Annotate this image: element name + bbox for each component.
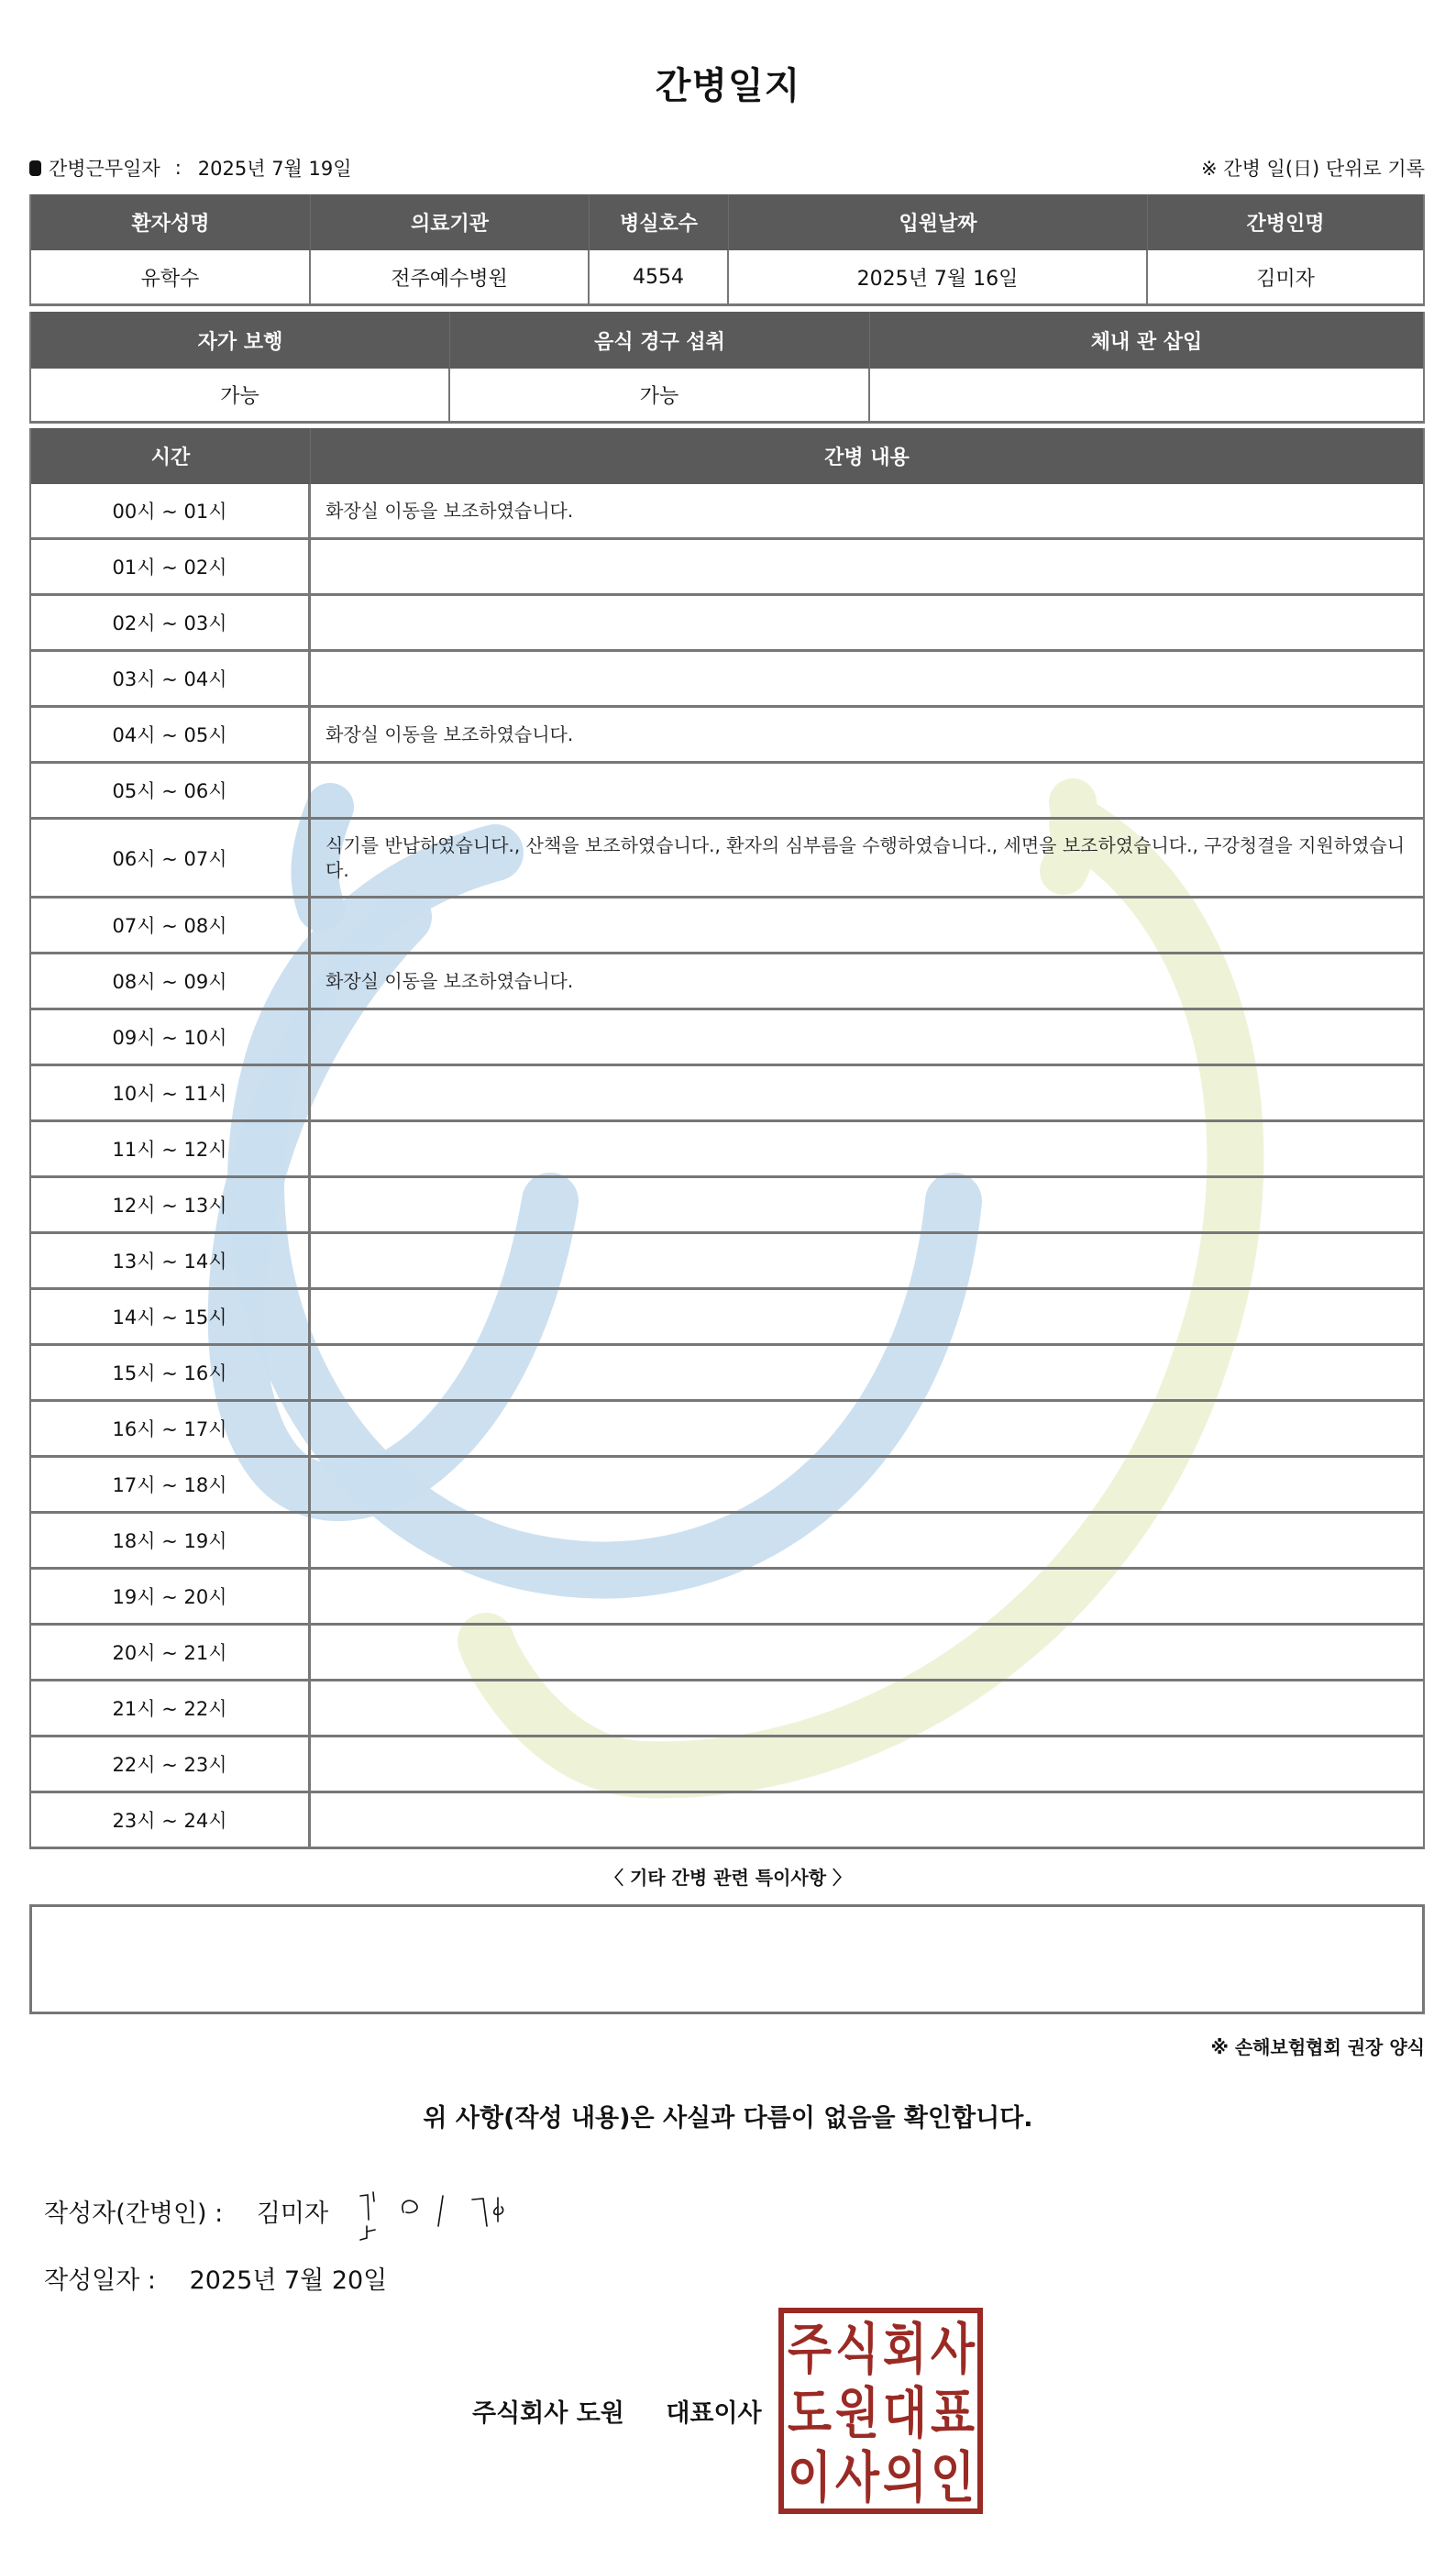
work-date-separator: : (175, 157, 182, 179)
header-tube-insertion: 체내 관 삽입 (870, 312, 1423, 369)
svg-text:식: 식 (835, 2318, 879, 2382)
time-slot: 12시 ~ 13시 (31, 1178, 311, 1231)
care-content (311, 1346, 1423, 1399)
time-slot: 02시 ~ 03시 (31, 596, 311, 649)
care-log-row: 17시 ~ 18시 (31, 1458, 1423, 1514)
svg-text:의: 의 (883, 2446, 927, 2510)
care-content (311, 899, 1423, 952)
patient-status-header: 자가 보행 음식 경구 섭취 체내 관 삽입 (31, 312, 1423, 369)
care-log-row: 15시 ~ 16시 (31, 1346, 1423, 1402)
patient-info-table: 환자성명 의료기관 병실호수 입원날짜 간병인명 유학수 전주예수병원 4554… (29, 194, 1425, 306)
svg-text:이: 이 (788, 2446, 832, 2510)
care-content (311, 1402, 1423, 1455)
page-title: 간병일지 (0, 57, 1456, 109)
care-log-row: 04시 ~ 05시화장실 이동을 보조하였습니다. (31, 708, 1423, 764)
care-log-header: 시간 간병 내용 (31, 428, 1423, 484)
handwritten-signature-icon (353, 2185, 527, 2249)
header-hospital: 의료기관 (311, 194, 590, 250)
time-slot: 09시 ~ 10시 (31, 1010, 311, 1064)
care-content: 화장실 이동을 보조하였습니다. (311, 954, 1423, 1008)
care-log-row: 11시 ~ 12시 (31, 1122, 1423, 1178)
care-log-row: 01시 ~ 02시 (31, 540, 1423, 596)
care-log-row: 18시 ~ 19시 (31, 1514, 1423, 1570)
svg-text:사: 사 (835, 2446, 880, 2510)
header-room: 병실호수 (590, 194, 729, 250)
care-log-row: 00시 ~ 01시화장실 이동을 보조하였습니다. (31, 484, 1423, 540)
care-log-row: 06시 ~ 07시식기를 반납하였습니다., 산책을 보조하였습니다., 환자의… (31, 820, 1423, 899)
patient-info-values: 유학수 전주예수병원 4554 2025년 7월 16일 김미자 (31, 250, 1423, 306)
writer-name: 김미자 (257, 2200, 328, 2228)
time-slot: 00시 ~ 01시 (31, 484, 311, 537)
care-content (311, 764, 1423, 817)
care-log-row: 19시 ~ 20시 (31, 1570, 1423, 1626)
writer-line: 작성자(간병인) : 김미자 (44, 2193, 328, 2229)
ceo-title: 대표이사 (666, 2399, 761, 2428)
care-log-row: 22시 ~ 23시 (31, 1737, 1423, 1793)
care-log-row: 03시 ~ 04시 (31, 652, 1423, 708)
time-slot: 21시 ~ 22시 (31, 1681, 311, 1735)
care-content: 화장실 이동을 보조하였습니다. (311, 708, 1423, 761)
time-slot: 10시 ~ 11시 (31, 1066, 311, 1119)
time-slot: 04시 ~ 05시 (31, 708, 311, 761)
confirmation-statement: 위 사항(작성 내용)은 사실과 다름이 없음을 확인합니다. (0, 2098, 1456, 2134)
svg-text:원: 원 (835, 2382, 879, 2446)
care-log-row: 20시 ~ 21시 (31, 1626, 1423, 1681)
written-date-line: 작성일자 : 2025년 7월 20일 (44, 2260, 387, 2296)
patient-info-header: 환자성명 의료기관 병실호수 입원날짜 간병인명 (31, 194, 1423, 250)
header-patient-name: 환자성명 (31, 194, 311, 250)
time-slot: 19시 ~ 20시 (31, 1570, 311, 1623)
svg-text:표: 표 (931, 2382, 975, 2446)
svg-text:주: 주 (788, 2318, 832, 2382)
time-slot: 01시 ~ 02시 (31, 540, 311, 593)
daily-record-note: ※ 간병 일(日) 단위로 기록 (1201, 154, 1425, 182)
svg-text:인: 인 (931, 2446, 975, 2510)
written-date-value: 2025년 7월 20일 (190, 2266, 388, 2295)
care-content (311, 1514, 1423, 1567)
time-slot: 07시 ~ 08시 (31, 899, 311, 952)
time-slot: 22시 ~ 23시 (31, 1737, 311, 1791)
time-slot: 06시 ~ 07시 (31, 820, 311, 896)
care-content: 식기를 반납하였습니다., 산책을 보조하였습니다., 환자의 심부름을 수행하… (311, 820, 1423, 896)
care-content (311, 596, 1423, 649)
header-self-walking: 자가 보행 (31, 312, 450, 369)
time-slot: 08시 ~ 09시 (31, 954, 311, 1008)
care-log-row: 21시 ~ 22시 (31, 1681, 1423, 1737)
care-content (311, 1737, 1423, 1791)
care-content (311, 652, 1423, 705)
company-seal-stamp-icon: 주식회사도원대표이사의인 (778, 2308, 983, 2514)
care-content (311, 1010, 1423, 1064)
care-log-row: 08시 ~ 09시화장실 이동을 보조하였습니다. (31, 954, 1423, 1010)
care-content (311, 1793, 1423, 1847)
time-slot: 20시 ~ 21시 (31, 1626, 311, 1679)
header-oral-intake: 음식 경구 섭취 (450, 312, 870, 369)
written-date-label: 작성일자 : (44, 2266, 156, 2295)
company-signature-line: 주식회사 도원 대표이사 (472, 2393, 762, 2429)
care-log-table: 시간 간병 내용 00시 ~ 01시화장실 이동을 보조하였습니다.01시 ~ … (29, 428, 1425, 1849)
svg-text:회: 회 (883, 2318, 927, 2382)
time-slot: 13시 ~ 14시 (31, 1234, 311, 1287)
patient-name-value: 유학수 (31, 250, 311, 303)
time-slot: 23시 ~ 24시 (31, 1793, 311, 1847)
care-log-row: 02시 ~ 03시 (31, 596, 1423, 652)
care-content (311, 1681, 1423, 1735)
time-slot: 16시 ~ 17시 (31, 1402, 311, 1455)
care-content (311, 540, 1423, 593)
header-time: 시간 (31, 428, 311, 484)
work-date-value: 2025년 7월 19일 (198, 154, 352, 182)
care-content (311, 1626, 1423, 1679)
self-walking-value: 가능 (31, 369, 450, 421)
work-date: 간병근무일자 : 2025년 7월 19일 (29, 154, 352, 182)
time-slot: 05시 ~ 06시 (31, 764, 311, 817)
svg-text:도: 도 (788, 2382, 832, 2446)
care-log-rows: 00시 ~ 01시화장실 이동을 보조하였습니다.01시 ~ 02시02시 ~ … (31, 484, 1423, 1849)
care-content (311, 1234, 1423, 1287)
time-slot: 14시 ~ 15시 (31, 1290, 311, 1343)
work-date-label: 간병근무일자 (49, 154, 160, 182)
care-log-row: 23시 ~ 24시 (31, 1793, 1423, 1849)
care-content (311, 1066, 1423, 1119)
tube-insertion-value (870, 369, 1423, 421)
header-admission-date: 입원날짜 (729, 194, 1148, 250)
company-name: 주식회사 도원 (472, 2399, 624, 2428)
header-care-content: 간병 내용 (311, 428, 1423, 484)
etc-notes-box (29, 1904, 1425, 2014)
care-log-row: 14시 ~ 15시 (31, 1290, 1423, 1346)
patient-status-values: 가능 가능 (31, 369, 1423, 424)
form-source-note: ※ 손해보험협회 권장 양식 (1210, 2033, 1425, 2059)
care-log-row: 05시 ~ 06시 (31, 764, 1423, 820)
time-slot: 11시 ~ 12시 (31, 1122, 311, 1175)
care-content (311, 1122, 1423, 1175)
svg-text:사: 사 (931, 2318, 976, 2382)
room-value: 4554 (590, 250, 729, 303)
hospital-value: 전주예수병원 (311, 250, 590, 303)
time-slot: 03시 ~ 04시 (31, 652, 311, 705)
writer-label: 작성자(간병인) : (44, 2200, 223, 2228)
header-caregiver-name: 간병인명 (1148, 194, 1423, 250)
patient-status-table: 자가 보행 음식 경구 섭취 체내 관 삽입 가능 가능 (29, 312, 1425, 424)
care-content: 화장실 이동을 보조하였습니다. (311, 484, 1423, 537)
care-log-row: 13시 ~ 14시 (31, 1234, 1423, 1290)
care-log-row: 09시 ~ 10시 (31, 1010, 1423, 1066)
time-slot: 15시 ~ 16시 (31, 1346, 311, 1399)
care-log-row: 07시 ~ 08시 (31, 899, 1423, 954)
care-log-row: 12시 ~ 13시 (31, 1178, 1423, 1234)
bullet-icon (29, 160, 41, 176)
time-slot: 18시 ~ 19시 (31, 1514, 311, 1567)
oral-intake-value: 가능 (450, 369, 870, 421)
care-content (311, 1570, 1423, 1623)
admission-date-value: 2025년 7월 16일 (729, 250, 1148, 303)
etc-notes-label: 〈 기타 간병 관련 특이사항 〉 (0, 1863, 1456, 1890)
care-content (311, 1290, 1423, 1343)
time-slot: 17시 ~ 18시 (31, 1458, 311, 1511)
care-log-row: 16시 ~ 17시 (31, 1402, 1423, 1458)
svg-text:대: 대 (883, 2382, 927, 2446)
caregiver-name-value: 김미자 (1148, 250, 1423, 303)
care-log-row: 10시 ~ 11시 (31, 1066, 1423, 1122)
care-content (311, 1178, 1423, 1231)
care-content (311, 1458, 1423, 1511)
